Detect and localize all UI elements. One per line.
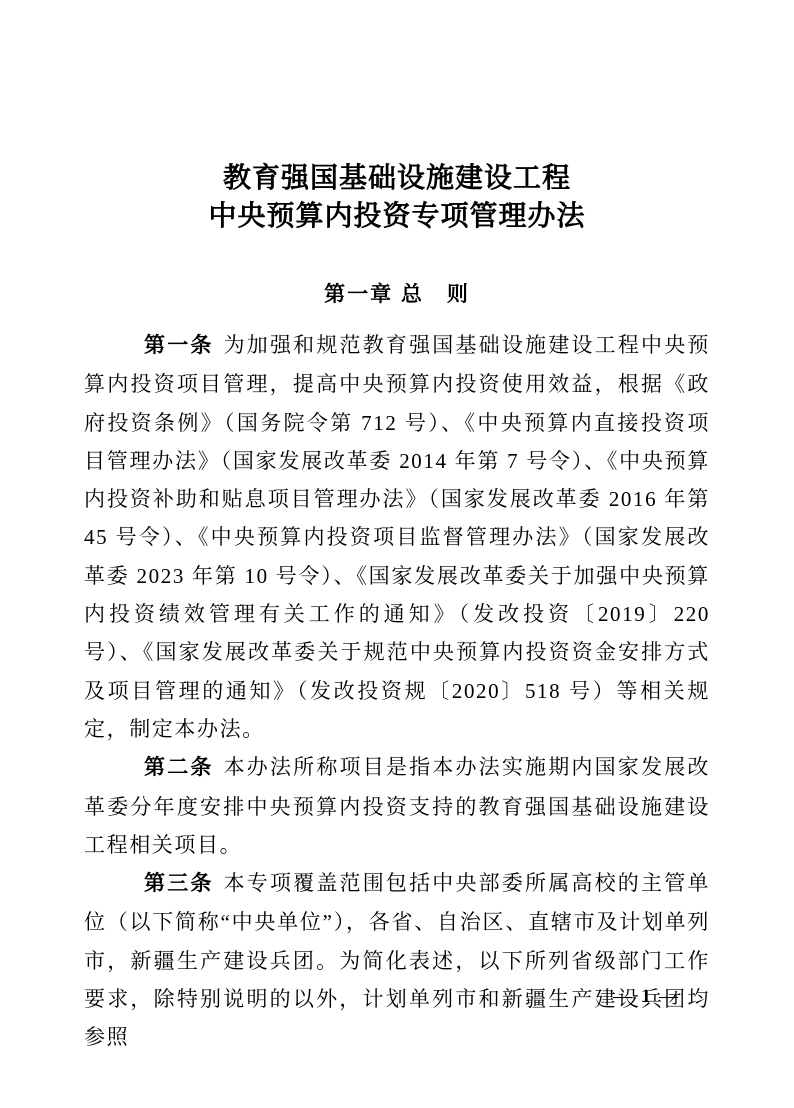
page-number: — 1 —: [613, 986, 680, 1008]
article-1-label: 第一条: [144, 334, 214, 357]
chapter-heading: 第一章 总 则: [0, 282, 794, 308]
article-3-label: 第三条: [144, 872, 214, 895]
document-title-line2: 中央预算内投资专项管理办法: [0, 198, 794, 236]
article-1: 第一条为加强和规范教育强国基础设施建设工程中央预算内投资项目管理，提高中央预算内…: [84, 326, 710, 748]
document-title-line1: 教育强国基础设施建设工程: [0, 160, 794, 198]
article-3: 第三条本专项覆盖范围包括中央部委所属高校的主管单位（以下简称“中央单位”），各省…: [84, 864, 710, 1056]
article-2: 第二条本办法所称项目是指本办法实施期内国家发展改革委分年度安排中央预算内投资支持…: [84, 748, 710, 864]
article-3-text: 本专项覆盖范围包括中央部委所属高校的主管单位（以下简称“中央单位”），各省、自治…: [84, 871, 710, 1049]
document-title: 教育强国基础设施建设工程 中央预算内投资专项管理办法: [0, 160, 794, 236]
article-2-label: 第二条: [144, 756, 214, 779]
article-1-text: 为加强和规范教育强国基础设施建设工程中央预算内投资项目管理，提高中央预算内投资使…: [84, 333, 710, 741]
document-page: 教育强国基础设施建设工程 中央预算内投资专项管理办法 第一章 总 则 第一条为加…: [0, 0, 794, 1108]
document-body: 第一条为加强和规范教育强国基础设施建设工程中央预算内投资项目管理，提高中央预算内…: [84, 326, 710, 1057]
